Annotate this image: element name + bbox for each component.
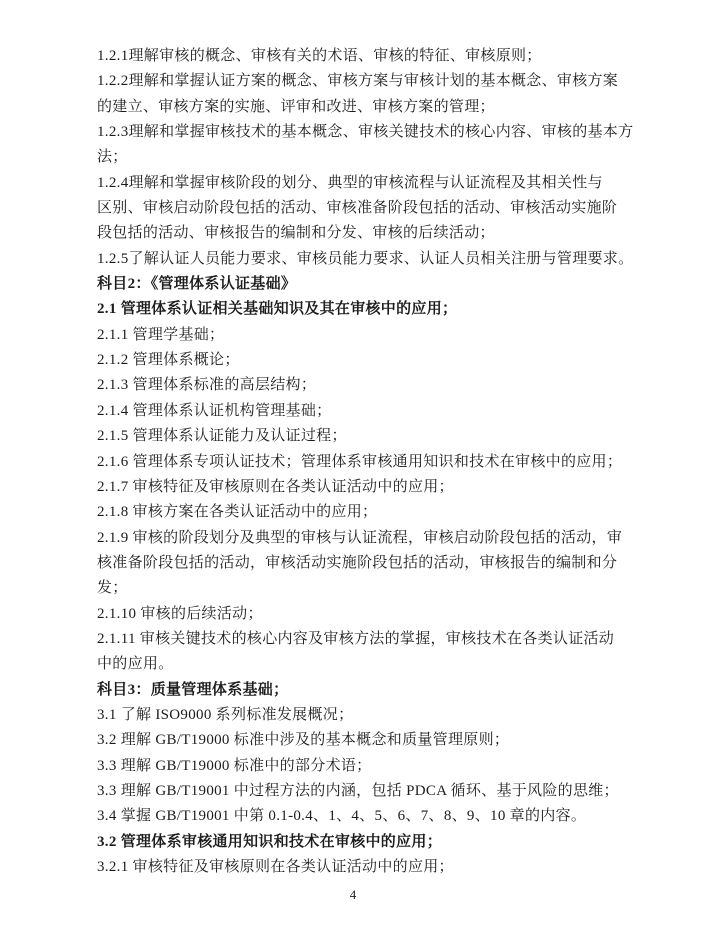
text-line: 3.4 掌握 GB/T19001 中第 0.1-0.4、1、4、5、6、7、8、…	[97, 804, 677, 829]
text-line: 段包括的活动、审核报告的编制和分发、审核的后续活动；	[97, 221, 677, 246]
text-line: 3.3 理解 GB/T19000 标准中的部分术语；	[97, 754, 677, 779]
text-line: 1.2.3理解和掌握审核技术的基本概念、审核关键技术的核心内容、审核的基本方	[97, 120, 677, 145]
text-line: 1.2.4理解和掌握审核阶段的划分、典型的审核流程与认证流程及其相关性与	[97, 171, 677, 196]
text-line: 3.3 理解 GB/T19001 中过程方法的内涵，包括 PDCA 循环、基于风…	[97, 779, 677, 804]
text-line: 2.1.7 审核特征及审核原则在各类认证活动中的应用；	[97, 475, 677, 500]
text-line: 3.1 了解 ISO9000 系列标准发展概况；	[97, 703, 677, 728]
section-heading-line: 科目2：《管理体系认证基础》	[97, 272, 677, 297]
text-line: 2.1.6 管理体系专项认证技术；管理体系审核通用知识和技术在审核中的应用；	[97, 450, 677, 475]
section-heading-line: 3.2 管理体系审核通用知识和技术在审核中的应用；	[97, 830, 677, 855]
text-line: 3.2 理解 GB/T19000 标准中涉及的基本概念和质量管理原则；	[97, 728, 677, 753]
text-line: 中的应用。	[97, 652, 677, 677]
document-body: 1.2.1理解审核的概念、审核有关的术语、审核的特征、审核原则；1.2.2理解和…	[97, 44, 677, 880]
text-line: 核准备阶段包括的活动，审核活动实施阶段包括的活动，审核报告的编制和分	[97, 551, 677, 576]
text-line: 2.1.11 审核关键技术的核心内容及审核方法的掌握，审核技术在各类认证活动	[97, 627, 677, 652]
text-line: 法；	[97, 145, 677, 170]
section-heading-line: 2.1 管理体系认证相关基础知识及其在审核中的应用；	[97, 297, 677, 322]
text-line: 1.2.1理解审核的概念、审核有关的术语、审核的特征、审核原则；	[97, 44, 677, 69]
text-line: 2.1.5 管理体系认证能力及认证过程；	[97, 424, 677, 449]
section-heading-line: 科目3：质量管理体系基础；	[97, 678, 677, 703]
text-line: 2.1.9 审核的阶段划分及典型的审核与认证流程，审核启动阶段包括的活动，审	[97, 526, 677, 551]
text-line: 2.1.8 审核方案在各类认证活动中的应用；	[97, 500, 677, 525]
text-line: 区别、审核启动阶段包括的活动、审核准备阶段包括的活动、审核活动实施阶	[97, 196, 677, 221]
text-line: 2.1.4 管理体系认证机构管理基础；	[97, 399, 677, 424]
page-number: 4	[0, 886, 706, 904]
text-line: 1.2.2理解和掌握认证方案的概念、审核方案与审核计划的基本概念、审核方案	[97, 69, 677, 94]
text-line: 2.1.3 管理体系标准的高层结构；	[97, 373, 677, 398]
document-page: 1.2.1理解审核的概念、审核有关的术语、审核的特征、审核原则；1.2.2理解和…	[0, 0, 706, 935]
text-line: 2.1.10 审核的后续活动；	[97, 602, 677, 627]
text-line: 3.2.1 审核特征及审核原则在各类认证活动中的应用；	[97, 855, 677, 880]
text-line: 2.1.2 管理体系概论；	[97, 348, 677, 373]
text-line: 2.1.1 管理学基础；	[97, 323, 677, 348]
text-line: 1.2.5了解认证人员能力要求、审核员能力要求、认证人员相关注册与管理要求。	[97, 247, 677, 272]
text-line: 发；	[97, 576, 677, 601]
text-line: 的建立、审核方案的实施、评审和改进、审核方案的管理；	[97, 95, 677, 120]
